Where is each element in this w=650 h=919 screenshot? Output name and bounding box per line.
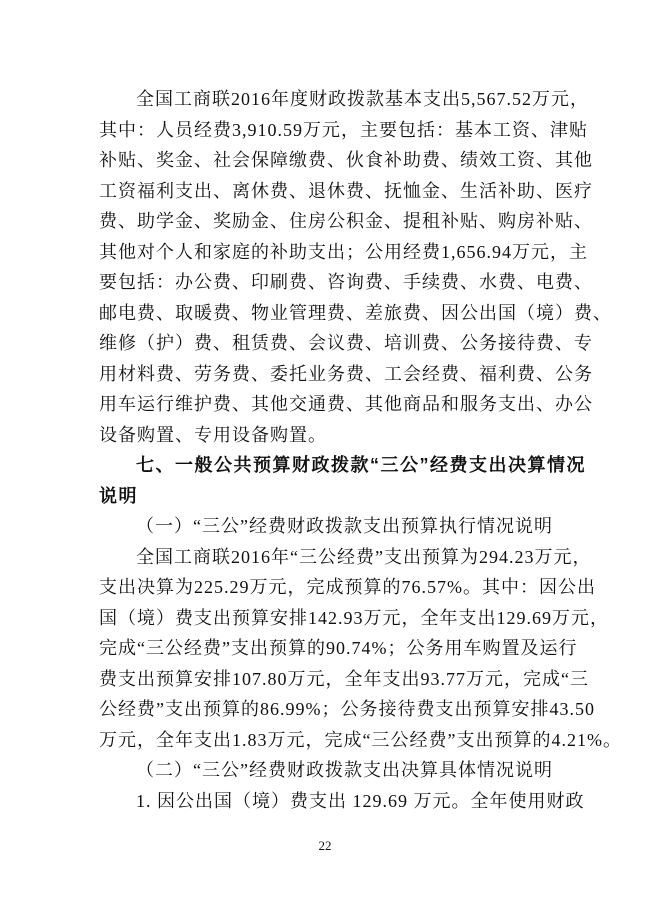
body-text-line: 全国工商联2016年“三公经费”支出预算为294.23万元， <box>99 542 575 573</box>
body-text-line: 费支出预算安排107.80万元，全年支出93.77万元，完成“三 <box>99 664 575 695</box>
body-text-line: 完成“三公经费”支出预算的90.74%；公务用车购置及运行 <box>99 633 575 664</box>
body-text-line: 要包括：办公费、印刷费、咨询费、手续费、水费、电费、 <box>99 267 575 298</box>
body-text-line: 用车运行维护费、其他交通费、其他商品和服务支出、办公 <box>99 389 575 420</box>
body-text-line: 邮电费、取暖费、物业管理费、差旅费、因公出国（境）费、 <box>99 298 575 329</box>
body-text-line: 支出决算为225.29万元，完成预算的76.57%。其中：因公出 <box>99 572 575 603</box>
body-text-line: 费、助学金、奖励金、住房公积金、提租补贴、购房补贴、 <box>99 206 575 237</box>
document-text-block: 全国工商联2016年度财政拨款基本支出5,567.52万元，其中：人员经费3,9… <box>99 84 575 816</box>
body-text-line: （二）“三公”经费财政拨款支出决算具体情况说明 <box>99 755 575 786</box>
body-text-line: 补贴、奖金、社会保障缴费、伙食补助费、绩效工资、其他 <box>99 145 575 176</box>
body-text-line: 万元，全年支出1.83万元，完成“三公经费”支出预算的4.21%。 <box>99 725 575 756</box>
body-text-line: 其中：人员经费3,910.59万元，主要包括：基本工资、津贴 <box>99 115 575 146</box>
body-text-line: 工资福利支出、离休费、退休费、抚恤金、生活补助、医疗 <box>99 176 575 207</box>
body-text-line: 其他对个人和家庭的补助支出；公用经费1,656.94万元，主 <box>99 237 575 268</box>
body-text-line: 国（境）费支出预算安排142.93万元，全年支出129.69万元， <box>99 603 575 634</box>
heading-line: 七、一般公共预算财政拨款“三公”经费支出决算情况 <box>99 450 575 481</box>
page-number: 22 <box>0 838 650 854</box>
body-text-line: 全国工商联2016年度财政拨款基本支出5,567.52万元， <box>99 84 575 115</box>
body-text-line: 维修（护）费、租赁费、会议费、培训费、公务接待费、专 <box>99 328 575 359</box>
body-text-line: （一）“三公”经费财政拨款支出预算执行情况说明 <box>99 511 575 542</box>
body-text-line: 1. 因公出国（境）费支出 129.69 万元。全年使用财政 <box>99 786 575 817</box>
body-text-line: 用材料费、劳务费、委托业务费、工会经费、福利费、公务 <box>99 359 575 390</box>
heading-line: 说明 <box>99 481 575 512</box>
document-page: 全国工商联2016年度财政拨款基本支出5,567.52万元，其中：人员经费3,9… <box>0 0 650 919</box>
body-text-line: 设备购置、专用设备购置。 <box>99 420 575 451</box>
body-text-line: 公经费”支出预算的86.99%；公务接待费支出预算安排43.50 <box>99 694 575 725</box>
